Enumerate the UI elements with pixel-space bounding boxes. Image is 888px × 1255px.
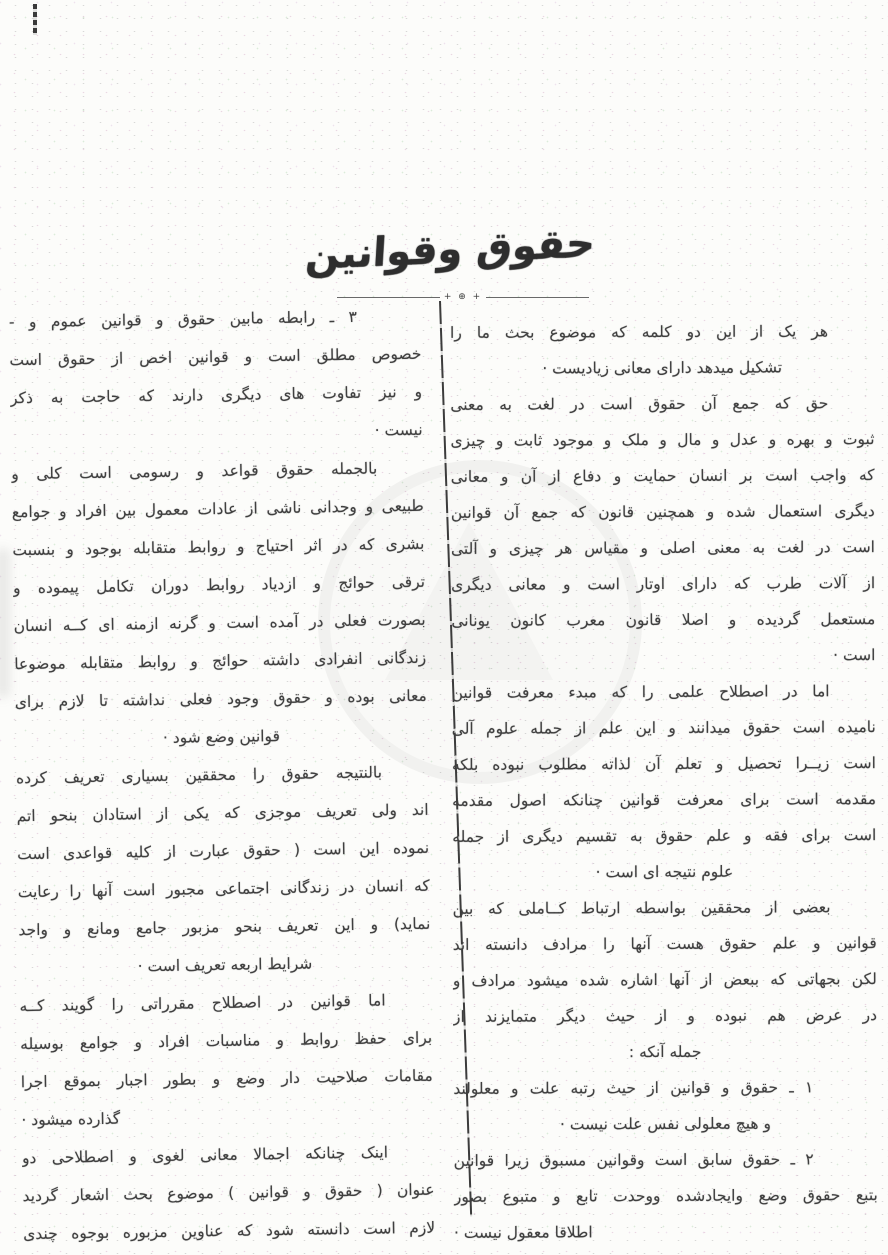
text-line: برای حفظ روابط و مناسبات افراد و جوامع ب… xyxy=(20,1019,433,1063)
text-line: دیگری استعمال شده و همچنین قانون که جمع … xyxy=(451,493,875,531)
rule-ornament: + ⊕ + xyxy=(440,293,486,301)
text-line: مقامات صلاحیت دار وضع و بطور اجبار بموقع… xyxy=(21,1057,434,1101)
text-line: ٣ ـ رابطه مابین حقوق و قوانین عموم و - xyxy=(9,297,422,341)
text-line: خصوص مطلق است و قوانین اخص از حقوق است xyxy=(9,335,422,379)
text-line: ثبوت و بهره و عدل و مال و ملک و موجود ثا… xyxy=(450,421,874,459)
text-line: بالجمله حقوق قواعد و رسومی است کلی و xyxy=(11,449,424,493)
page-title: حقوق وقوانین xyxy=(329,220,597,278)
text-line: در عرض هم نبوده و از حیث دیگر متمایزند ا… xyxy=(453,997,877,1035)
text-line: که انسان در زندگانی اجتماعی مجبور است آن… xyxy=(18,867,431,911)
text-line: بعضی از محققین بواسطه ارتباط کــاملی که … xyxy=(452,889,876,927)
text-line: بصورت فعلی در آمده است و گرنه ازمنه ای ک… xyxy=(13,601,426,645)
text-line: قوانین و علم حقوق هست آنها را مرادف دانس… xyxy=(453,925,877,963)
text-line: شرایط اربعه تعریف است · xyxy=(19,943,432,987)
text-line: نیست · xyxy=(10,411,423,455)
text-line: است برای فقه و علم حقوق به تقسیم دیگری ا… xyxy=(452,817,876,855)
text-line: نامیده است حقوق میدانند و این علم از جمل… xyxy=(452,709,876,747)
text-line: جمله آنکه : xyxy=(453,1033,877,1071)
text-line: ٢ ـ حقوق سابق است وقوانین مسبوق زیرا قوا… xyxy=(454,1141,878,1179)
text-line: از آلات طرب که دارای اوتار است و معانی د… xyxy=(451,565,875,603)
text-line: قوانین وضع شود · xyxy=(15,715,428,759)
text-line: اند ولی تعریف موجزی که یکی از استادان بن… xyxy=(16,791,429,835)
text-line: مستعمل گردیده و اصلا قانون معرب کانون یو… xyxy=(451,601,875,639)
corner-ink-mark xyxy=(33,4,37,35)
scan-smudge xyxy=(0,548,10,698)
text-line: اطلاقا معقول نیست · xyxy=(454,1213,878,1251)
text-line: زندگانی انفرادی داشته حوائج و روابط متقا… xyxy=(14,639,427,683)
text-line: طبیعی و وجدانی ناشی از عادات معمول بین ا… xyxy=(12,487,425,531)
text-line: ١ ـ حقوق و قوانین از حیث رتبه علت و معلو… xyxy=(453,1069,877,1107)
text-line: نماید) و این تعریف بنحو مزبور جامع ومانع… xyxy=(18,905,431,949)
text-line: و نیز تفاوت های دیگری دارند که حاجت به ذ… xyxy=(10,373,423,417)
column-right: هر یک از این دو کلمه که موضوع بحث ما رات… xyxy=(450,313,878,1251)
text-line: اینک چنانکه اجمالا معانی لغوی و اصطلاحی … xyxy=(22,1133,435,1177)
text-line: عنوان ( حقوق و قوانین ) موضوع بحث اشعار … xyxy=(22,1171,435,1215)
text-line: هر یک از این دو کلمه که موضوع بحث ما را xyxy=(450,313,874,351)
text-line: بالنتیجه حقوق را محققین بسیاری تعریف کرد… xyxy=(16,753,429,797)
text-line: اما قوانین در اصطلاح مقرراتی را گویند کـ… xyxy=(19,981,432,1025)
text-line: و هیچ معلولی نفس علت نیست · xyxy=(453,1105,877,1143)
text-line: لکن بجهاتی که ببعض از آنها اشاره شده میش… xyxy=(453,961,877,999)
text-line: نموده این است ( حقوق عبارت از کلیه قواعد… xyxy=(17,829,430,873)
scanned-page: حقوق وقوانین + ⊕ + هر یک از این دو کلمه … xyxy=(0,0,888,1255)
rule-line-right xyxy=(486,297,589,298)
text-line: است در لغت به معنی اصلی و مقیاس هر چیزی … xyxy=(451,529,875,567)
text-line: ترقی حوائج و ازدیاد روابط دوران تکامل پی… xyxy=(13,563,426,607)
text-line: است زیــرا تحصیل و تعلم آن لذاته مطلوب ن… xyxy=(452,745,876,783)
column-left: ٣ ـ رابطه مابین حقوق و قوانین عموم و -خص… xyxy=(9,297,436,1253)
text-line: بشری که در اثر احتیاج و روابط متقابله بو… xyxy=(12,525,425,569)
text-line: مقدمه است برای معرفت قوانین چنانکه اصول … xyxy=(452,781,876,819)
text-line: است · xyxy=(451,637,875,675)
text-line: که واجب است بر انسان حمایت و دفاع از آن … xyxy=(451,457,875,495)
text-line: اما در اصطلاح علمی را که مبدء معرفت قوان… xyxy=(452,673,876,711)
text-line: گذارده میشود · xyxy=(21,1095,434,1139)
text-line: بتبع حقوق وضع وایجادشده ووحدت تابع و متب… xyxy=(454,1177,878,1215)
text-line: علوم نتیجه ای است · xyxy=(452,853,876,891)
text-line: تشکیل میدهد دارای معانی زیادیست · xyxy=(450,349,874,387)
text-line: حق که جمع آن حقوق است در لغت به معنی xyxy=(450,385,874,423)
text-line: معانی بوده و حقوق وجود فعلی نداشته تا لا… xyxy=(15,677,428,721)
text-line: لازم است دانسته شود که عناوین مزبوره بوج… xyxy=(23,1209,436,1253)
